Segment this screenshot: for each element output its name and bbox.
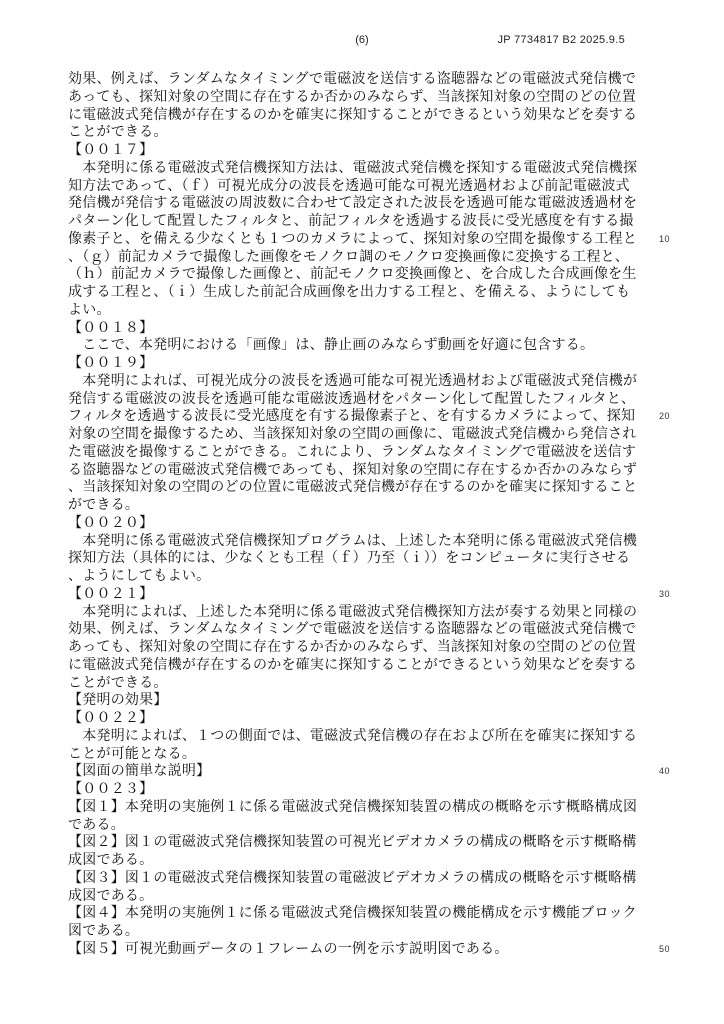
text-line-content: ことができる。 <box>68 123 638 141</box>
text-line: 【００２３】 <box>68 780 708 798</box>
text-line: 、（ｇ）前記カメラで撮像した画像をモノクロ調のモノクロ変換画像に変換する工程と、 <box>68 248 708 266</box>
margin-line-number: 50 <box>659 944 670 954</box>
text-line: 本発明に係る電磁波式発信機探知プログラムは、上述した本発明に係る電磁波式発信機 <box>68 532 708 550</box>
text-line: に電磁波式発信機が存在するのかを確実に探知することができるという効果などを奏する <box>68 656 708 674</box>
text-line: 本発明によれば、１つの側面では、電磁波式発信機の存在および所在を確実に探知する <box>68 727 708 745</box>
text-line: 発信する電磁波の波長を透過可能な電磁波透過材をパターン化して配置したフィルタと、 <box>68 390 708 408</box>
text-line-content: パターン化して配置したフィルタと、前記フィルタを透過する波長に受光感度を有する撮 <box>68 212 638 230</box>
text-line: 知方法であって、（ｆ）可視光成分の波長を透過可能な可視光透過材および前記電磁波式 <box>68 177 708 195</box>
text-line: 効果、例えば、ランダムなタイミングで電磁波を送信する盗聴器などの電磁波式発信機で <box>68 70 708 88</box>
text-line: 成図である。 <box>68 887 708 905</box>
text-line: 【００２２】 <box>68 709 708 727</box>
text-line: 【００１７】 <box>68 141 708 159</box>
text-line: フィルタを透過する波長に受光感度を有する撮像素子と、を有するカメラによって、探知… <box>68 407 708 425</box>
text-line-content: 【発明の効果】 <box>68 691 638 709</box>
text-line: ことができる。 <box>68 674 708 692</box>
text-line-content: 本発明によれば、１つの側面では、電磁波式発信機の存在および所在を確実に探知する <box>68 727 638 745</box>
text-line-content: 、（ｇ）前記カメラで撮像した画像をモノクロ調のモノクロ変換画像に変換する工程と、 <box>68 248 638 266</box>
text-line: ここで、本発明における「画像」は、静止画のみならず動画を好適に包含する。 <box>68 336 708 354</box>
text-line: に電磁波式発信機が存在するのかを確実に探知することができるという効果などを奏する <box>68 106 708 124</box>
text-line: 【図２】図１の電磁波式発信機探知装置の可視光ビデオカメラの構成の概略を示す概略構 <box>68 833 708 851</box>
text-line: た電磁波を撮像することができる。これにより、ランダムなタイミングで電磁波を送信す <box>68 443 708 461</box>
text-line: である。 <box>68 816 708 834</box>
publication-number: JP 7734817 B2 2025.9.5 <box>497 34 625 46</box>
text-line-content: 発信機が発信する電磁波の周波数に合わせて設定された波長を透過可能な電磁波透過材を <box>68 194 638 212</box>
text-line: 成図である。 <box>68 851 708 869</box>
text-line-content: 、ようにしてもよい。 <box>68 567 638 585</box>
text-line-content: 【図２】図１の電磁波式発信機探知装置の可視光ビデオカメラの構成の概略を示す概略構 <box>68 833 638 851</box>
text-line-content: 【図５】可視光動画データの１フレームの一例を示す説明図である。 <box>68 940 638 958</box>
text-line: 【発明の効果】 <box>68 691 708 709</box>
text-line-content: ここで、本発明における「画像」は、静止画のみならず動画を好適に包含する。 <box>68 336 638 354</box>
text-line: 【００１９】 <box>68 354 708 372</box>
text-line: ができる。 <box>68 496 708 514</box>
text-line-content: 【００２０】 <box>68 514 638 532</box>
text-line-content: （ｈ）前記カメラで撮像した画像と、前記モノクロ変換画像と、を合成した合成画像を生 <box>68 265 638 283</box>
text-line: 【図３】図１の電磁波式発信機探知装置の電磁波ビデオカメラの構成の概略を示す概略構 <box>68 869 708 887</box>
text-line-content: 【図面の簡単な説明】 <box>68 762 638 780</box>
text-line-content: 図である。 <box>68 922 638 940</box>
text-line-content: ことが可能となる。 <box>68 745 638 763</box>
text-line: （ｈ）前記カメラで撮像した画像と、前記モノクロ変換画像と、を合成した合成画像を生 <box>68 265 708 283</box>
text-line-content: 対象の空間を撮像するため、当該探知対象の空間の画像に、電磁波式発信機から発信され <box>68 425 638 443</box>
text-line-content: 成する工程と、（ｉ）生成した前記合成画像を出力する工程と、を備える、ようにしても <box>68 283 638 301</box>
text-line: 本発明によれば、上述した本発明に係る電磁波式発信機探知方法が奏する効果と同様の <box>68 603 708 621</box>
text-line-content: 【図４】本発明の実施例１に係る電磁波式発信機探知装置の機能構成を示す機能ブロック <box>68 904 638 922</box>
patent-document-page: (6) JP 7734817 B2 2025.9.5 効果、例えば、ランダムなタ… <box>0 0 724 1024</box>
text-line-content: 効果、例えば、ランダムなタイミングで電磁波を送信する盗聴器などの電磁波式発信機で <box>68 620 638 638</box>
text-line: 、当該探知対象の空間のどの位置に電磁波式発信機が存在するのかを確実に探知すること <box>68 478 708 496</box>
text-line-content: あっても、探知対象の空間に存在するか否かのみならず、当該探知対象の空間のどの位置 <box>68 88 638 106</box>
text-line: 効果、例えば、ランダムなタイミングで電磁波を送信する盗聴器などの電磁波式発信機で <box>68 620 708 638</box>
text-line: 発信機が発信する電磁波の周波数に合わせて設定された波長を透過可能な電磁波透過材を <box>68 194 708 212</box>
text-line-content: た電磁波を撮像することができる。これにより、ランダムなタイミングで電磁波を送信す <box>68 443 638 461</box>
text-line-content: である。 <box>68 816 638 834</box>
text-line-content: 【図３】図１の電磁波式発信機探知装置の電磁波ビデオカメラの構成の概略を示す概略構 <box>68 869 638 887</box>
text-line: 【００２１】 30 <box>68 585 708 603</box>
text-line: あっても、探知対象の空間に存在するか否かのみならず、当該探知対象の空間のどの位置 <box>68 88 708 106</box>
text-line: ことができる。 <box>68 123 708 141</box>
text-line-content: 発信する電磁波の波長を透過可能な電磁波透過材をパターン化して配置したフィルタと、 <box>68 390 638 408</box>
text-line: 【図面の簡単な説明】 40 <box>68 762 708 780</box>
text-line: よい。 <box>68 301 708 319</box>
text-line-content: に電磁波式発信機が存在するのかを確実に探知することができるという効果などを奏する <box>68 106 638 124</box>
text-line-content: 【００２１】 <box>68 585 638 603</box>
text-line-content: 【００１９】 <box>68 354 638 372</box>
text-line: 成する工程と、（ｉ）生成した前記合成画像を出力する工程と、を備える、ようにしても <box>68 283 708 301</box>
text-line-content: る盗聴器などの電磁波式発信機であっても、探知対象の空間に存在するか否かのみならず <box>68 461 638 479</box>
text-line: パターン化して配置したフィルタと、前記フィルタを透過する波長に受光感度を有する撮 <box>68 212 708 230</box>
text-line: 【図１】本発明の実施例１に係る電磁波式発信機探知装置の構成の概略を示す概略構成図 <box>68 798 708 816</box>
text-line-content: 本発明によれば、可視光成分の波長を透過可能な可視光透過材および電磁波式発信機が <box>68 372 638 390</box>
margin-line-number: 10 <box>659 234 670 244</box>
text-line-content: 本発明に係る電磁波式発信機探知プログラムは、上述した本発明に係る電磁波式発信機 <box>68 532 638 550</box>
document-body: 効果、例えば、ランダムなタイミングで電磁波を送信する盗聴器などの電磁波式発信機で… <box>68 70 708 958</box>
text-line: 本発明に係る電磁波式発信機探知方法は、電磁波式発信機を探知する電磁波式発信機探 <box>68 159 708 177</box>
text-line: 【００２０】 <box>68 514 708 532</box>
text-line-content: 【図１】本発明の実施例１に係る電磁波式発信機探知装置の構成の概略を示す概略構成図 <box>68 798 638 816</box>
text-line-content: に電磁波式発信機が存在するのかを確実に探知することができるという効果などを奏する <box>68 656 638 674</box>
text-line-content: フィルタを透過する波長に受光感度を有する撮像素子と、を有するカメラによって、探知 <box>68 407 638 425</box>
text-line: 、ようにしてもよい。 <box>68 567 708 585</box>
text-line-content: 【００２３】 <box>68 780 638 798</box>
text-line: ことが可能となる。 <box>68 745 708 763</box>
text-line-content: 【００２２】 <box>68 709 638 727</box>
text-line-content: あっても、探知対象の空間に存在するか否かのみならず、当該探知対象の空間のどの位置 <box>68 638 638 656</box>
text-line-content: よい。 <box>68 301 638 319</box>
text-line-content: 知方法であって、（ｆ）可視光成分の波長を透過可能な可視光透過材および前記電磁波式 <box>68 177 638 195</box>
text-line: 【図５】可視光動画データの１フレームの一例を示す説明図である。 50 <box>68 940 708 958</box>
text-line: る盗聴器などの電磁波式発信機であっても、探知対象の空間に存在するか否かのみならず <box>68 461 708 479</box>
text-line-content: 本発明に係る電磁波式発信機探知方法は、電磁波式発信機を探知する電磁波式発信機探 <box>68 159 638 177</box>
margin-line-number: 30 <box>659 589 670 599</box>
text-line-content: 像素子と、を備える少なくとも１つのカメラによって、探知対象の空間を撮像する工程と <box>68 230 638 248</box>
text-line: あっても、探知対象の空間に存在するか否かのみならず、当該探知対象の空間のどの位置 <box>68 638 708 656</box>
text-line-content: 、当該探知対象の空間のどの位置に電磁波式発信機が存在するのかを確実に探知すること <box>68 478 638 496</box>
text-line: 対象の空間を撮像するため、当該探知対象の空間の画像に、電磁波式発信機から発信され <box>68 425 708 443</box>
text-line-content: 本発明によれば、上述した本発明に係る電磁波式発信機探知方法が奏する効果と同様の <box>68 603 638 621</box>
text-line-content: 【００１７】 <box>68 141 638 159</box>
text-line-content: 【００１８】 <box>68 319 638 337</box>
text-line-content: 成図である。 <box>68 851 638 869</box>
text-line-content: 探知方法（具体的には、少なくとも工程（ｆ）乃至（ｉ））をコンピュータに実行させる <box>68 549 638 567</box>
margin-line-number: 20 <box>659 411 670 421</box>
text-line: 探知方法（具体的には、少なくとも工程（ｆ）乃至（ｉ））をコンピュータに実行させる <box>68 549 708 567</box>
text-line-content: ができる。 <box>68 496 638 514</box>
text-line: 像素子と、を備える少なくとも１つのカメラによって、探知対象の空間を撮像する工程と… <box>68 230 708 248</box>
text-line: 図である。 <box>68 922 708 940</box>
text-line-content: ことができる。 <box>68 674 638 692</box>
text-line: 【００１８】 <box>68 319 708 337</box>
text-line-content: 成図である。 <box>68 887 638 905</box>
text-line: 【図４】本発明の実施例１に係る電磁波式発信機探知装置の機能構成を示す機能ブロック <box>68 904 708 922</box>
page-header: (6) JP 7734817 B2 2025.9.5 <box>0 34 724 50</box>
text-line-content: 効果、例えば、ランダムなタイミングで電磁波を送信する盗聴器などの電磁波式発信機で <box>68 70 638 88</box>
margin-line-number: 40 <box>659 766 670 776</box>
text-line: 本発明によれば、可視光成分の波長を透過可能な可視光透過材および電磁波式発信機が <box>68 372 708 390</box>
